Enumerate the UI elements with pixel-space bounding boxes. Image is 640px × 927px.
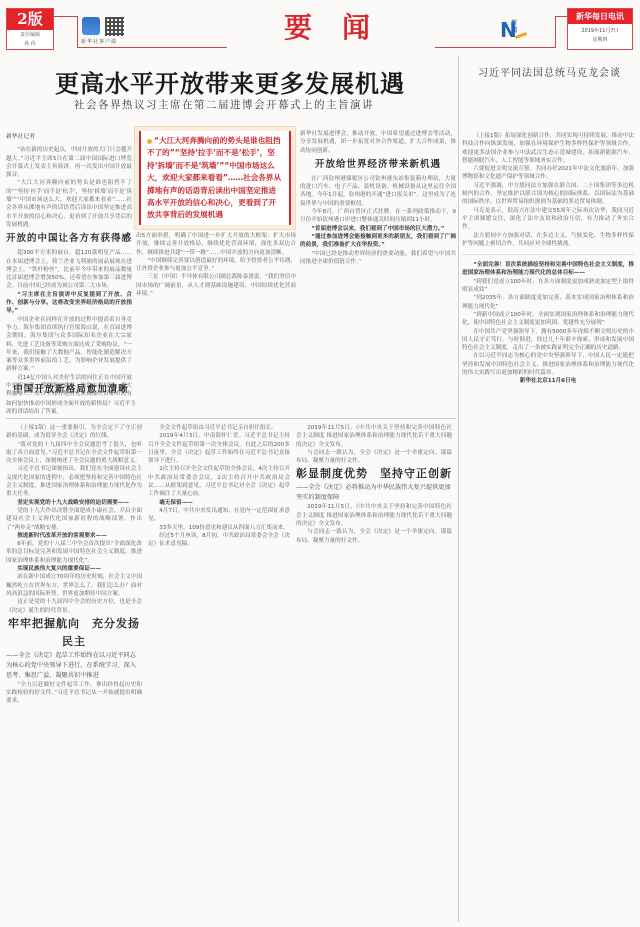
section-heading: 彰显制度优势 坚持守正创新: [296, 465, 452, 483]
paragraph: 在以习近平同志为核心的党中央坚强领导下，中国人民一定能把坚持和发展中国特色社会主…: [462, 352, 634, 377]
article-divider: [462, 254, 634, 255]
paragraph-bold: “通过参加进博会能接触到更多的新朋友，我们看到了广阔的前景，我们准备扩大在华投资…: [300, 233, 456, 250]
paper-date: 2019年11月7日: [568, 27, 632, 36]
paragraph: 2019年4月3日，中南海怀仁堂。习近平总书记主持召开全会文件起草组第一次全体会…: [148, 432, 290, 465]
paragraph: 6年前，党的十八届三中全会首次提出“全面深化改革的总目标是完善和发展中国特色社会…: [6, 540, 142, 565]
subheading: 毫无保留——: [148, 499, 290, 507]
section-subtitle: ——全会《决定》起草工作始终在以习近平同志为核心的党中央领导下进行，在系统学习、…: [6, 651, 142, 681]
paragraph: 三星（中国）半导体有限公司副总裁陈泰浚说，“我们坚信中国市场的广阔前景，从人才到…: [136, 273, 296, 298]
app-label: 新华社客户端: [81, 38, 117, 45]
pull-quote-box: “大江大河奔腾向前的势头是谁也阻挡不了的”“坚持‘拉手’而不是‘松手’，坚持‘拆…: [134, 126, 296, 230]
paragraph: 新华社发展进博会，推动开放，中国希望通过进博会等活动，分享发展机遇，团一步拓宽对…: [300, 130, 456, 155]
paragraph-bold: “习主席在主旨演讲中反复提到了开放、合作、创新与分享。这将改变世界经济格局的开放…: [6, 291, 132, 316]
byline: 新华社记者: [6, 133, 132, 141]
paper-weekday: 星期四: [568, 36, 632, 45]
editor-name: 孙 侠: [7, 40, 53, 49]
paragraph: 2019年11月5日，《中共中央关于坚持和完善中国特色社会主义制度 推进国家治理…: [296, 424, 452, 449]
subheading: 推进新时代改革开放的客观要求——: [6, 532, 142, 540]
right-article-column: （上接1版）拓展深化创新合作，共同实现可持续发展。推动中法科技合作向纵深发展，加…: [462, 132, 634, 920]
paragraph: 今年8月，广西自贸区正式挂牌。在一系列政策推动下，9月份开始钦州港口岸进口整体通…: [300, 208, 456, 225]
column-divider: [458, 56, 459, 922]
section-heading-block: 中国开放新格局愈加清晰 如何加快推动中国形成全面开放的新格局？习近平主席的讲话给…: [6, 380, 296, 416]
paragraph: 超300平方米的展台，超120款明星产品……在本届进博会上，荷兰企业飞利浦的展品…: [6, 249, 132, 290]
subheading: 实现民族伟大复兴的重要保证——: [6, 565, 142, 573]
lower-article-column-1: （上接1版）这一重要指引，为全会定下了守正创新的基调，成为贯穿全会《决定》的红线…: [6, 424, 142, 920]
newspaper-page: 2版 责任编辑 孙 侠 新华社客户端 要闻 N 新闻 新华每日电讯 2019年1…: [0, 0, 640, 927]
qr-code-icon[interactable]: [105, 17, 124, 36]
main-article-column-2: 出5方面举措，明确了中国进一步扩大开放的大框架：扩大市场开放，继续完善开放格局，…: [136, 232, 296, 398]
paragraph: 站在新中国成立70周年的历史时刻，社会主义中国巍然屹立在世界东方。世界怎么了，我…: [6, 573, 142, 598]
paragraph: 4月7日，中共中央发出通知，在党内一定范围征求意见。: [148, 507, 290, 524]
lower-article-column-2: 全会文件起草组由习近平总书记亲自担任组长。 2019年4月3日，中南海怀仁堂。习…: [148, 424, 290, 920]
editor-label: 责任编辑: [7, 31, 53, 40]
main-article-column-1: 新华社记者 “站在新的历史起点，中国开放的大门只会越开越大。”习近平主席5日在第…: [6, 130, 132, 398]
main-article-column-3: 新华社发展进博会，推动开放，中国希望通过进博会等活动，分享发展机遇，团一步拓宽对…: [300, 130, 456, 398]
paragraph: 在中国共产党坚强领导下，拥有5000多年连绵不断文明历史的中国人民守正笃行，与时…: [462, 328, 634, 353]
paragraph: 这正是党的十九届四中全会的历史方位，也是全会《决定》诞生的时代背景。: [6, 598, 142, 615]
news-logo-icon: N 新闻: [500, 18, 530, 42]
paragraph: 经过5个月座谈，8月初，中共政治局常委会全会《决定》征求意见稿。: [148, 532, 290, 549]
subheading: 坚定实现党的十九大战略安排的迫切需要——: [6, 499, 142, 507]
editor-info: 责任编辑 孙 侠: [7, 30, 53, 49]
divider-line: [555, 16, 556, 48]
paragraph: 在广西钦州港保税区公司钦州港东站集装箱办理站，大量的进口汽车、电子产品、装机设备…: [300, 175, 456, 208]
paragraph: 六要促进文明交流互鉴。共同办好2021年中法文化旅游年，加强博物馆和文化遗产保护…: [462, 165, 634, 182]
paragraph: “到2035年，各方面制度更加完善，基本实现国家治理体系和治理能力现代化”: [462, 294, 634, 311]
paragraph: 出5方面举措，明确了中国进一步扩大开放的大框架：扩大市场开放，继续完善开放格局，…: [136, 232, 296, 257]
paragraph: “到新中国成立100年时，全面实现国家治理体系和治理能力现代化，使中国特色社会主…: [462, 311, 634, 328]
divider-line: [77, 16, 78, 48]
paragraph: 33多天里，109份意见和建议从四面八方汇集而来。: [148, 524, 290, 532]
paragraph: “站在新的历史起点，中国开放的大门只会越开越大。”习近平主席5日在第二届中国国际…: [6, 146, 132, 179]
masthead: 2版 责任编辑 孙 侠 新华社客户端 要闻 N 新闻 新华每日电讯 2019年1…: [0, 0, 640, 50]
paragraph: 与会同志一致认为，全会《决定》是一个举旗定向、谋篇布局、凝聚力量的好文件。: [296, 449, 452, 466]
paragraph: 如何加快推动中国形成全面开放的新格局？习近平主席的讲话给出了答案。: [6, 400, 136, 416]
paragraph: 2次主持召开全会文件起草组全体会议，4次主持召开中共政治局常委会会议，2次主持召…: [148, 465, 290, 498]
paragraph: 与会同志一致认为，全会《决定》是一个举旗定向、谋篇布局、凝聚力量的好文件。: [296, 528, 452, 545]
article-divider: [6, 418, 456, 419]
paper-name: 新华每日电讯: [568, 9, 632, 24]
section-title: 要闻: [284, 6, 400, 46]
edition-number: 2版: [7, 9, 53, 30]
lower-article-column-3: 2019年11月5日，《中共中央关于坚持和完善中国特色社会主义制度 推进国家治理…: [296, 424, 452, 920]
paragraph: 2019年11月5日，《中共中央关于坚持和完善中国特色社会主义制度 推进国家治理…: [296, 503, 452, 528]
pull-quote: “大江大河奔腾向前的势头是谁也阻挡不了的”“坚持‘拉手’而不是‘松手’，坚持‘拆…: [139, 131, 291, 225]
paragraph: “中国已经是推动世界经济的重要动能。我们希望与中国共同推进全球价值链合作。”: [300, 250, 456, 267]
paragraph: “全力以赴做好文件起草工作，拿出经得起历史和实践检验的好文件。”习近平总书记从一…: [6, 681, 142, 706]
paragraph: 中国企业在同样在开放的过程中提高着自身竞争力。海尔集团首席执行官梁海山说，在首届…: [6, 316, 132, 374]
dateline-signature: 新华社北京11月6日电: [462, 377, 634, 385]
xinhua-app-icon[interactable]: [82, 17, 100, 35]
pull-quote-text: “大江大河奔腾向前的势头是谁也阻挡不了的”“坚持‘拉手’而不是‘松手’，坚持‘拆…: [147, 136, 281, 219]
section-heading: 牢牢把握航向 充分发扬民主: [6, 615, 142, 651]
paragraph: 党的十九大作出决胜全面建成小康社会、开启全面建设社会主义现代化国家新征程的战略部…: [6, 507, 142, 532]
paragraph: 法方愿同中方加强对话，在多边主义、气候变化、生物多样性保护等问题上密切合作，共同…: [462, 232, 634, 249]
bullet-dot-icon: [147, 139, 152, 144]
section-subtitle: ——全会《决定》必将推动为中华民族伟大复兴提供更加坚实的制度保障: [296, 483, 452, 503]
paragraph: “大江大河奔腾向前的势头是谁也阻挡不了的”“坚持‘拉手’而不是‘松手’，坚持‘拆…: [6, 179, 132, 229]
right-article-title: 习近平同法国总统马克龙会谈: [478, 64, 621, 79]
divider-line: [435, 47, 555, 48]
section-heading: 开放的中国让各方有获得感: [6, 229, 132, 249]
main-headline: 更高水平开放带来更多发展机遇: [55, 64, 405, 99]
paragraph: “中国继续完善要以创造最好的环境，给予投资者公平待遇，让外资企业参与更加公平竞争…: [136, 257, 296, 274]
section-heading: 开放给世界经济带来新机遇: [300, 155, 456, 175]
section-heading: 中国开放新格局愈加清晰: [6, 380, 136, 400]
paragraph: 习近平强调，中方愿同法方加强在联合国、二十国集团等多边机制内的合作，坚定维护以联…: [462, 182, 634, 207]
paragraph: “到我们党成立100年时，在各方面制度更加成熟更加定型上取得明显成效”: [462, 278, 634, 295]
paragraph: （上接1版）拓展深化创新合作，共同实现可持续发展。推动中法科技合作向纵深发展，加…: [462, 132, 634, 165]
paragraph-bold: “全面完善！首次系统描绘坚持和完善中国特色社会主义制度，推进国家治理体系和治理能…: [462, 261, 634, 278]
divider-line: [555, 16, 567, 17]
paragraph: 马克龙表示，很高兴在法中建交55周年之际再次访华，我同习近平主席频繁交往，深化了…: [462, 207, 634, 232]
divider-line: [77, 47, 227, 48]
paper-date-info: 2019年11月7日 星期四: [568, 24, 632, 45]
divider-line: [54, 16, 78, 17]
paper-info-box: 新华每日电讯 2019年11月7日 星期四: [567, 8, 633, 50]
paragraph: 习近平总书记深刻指出，我们党在全面建设社会主义现代化国家的进程中，必须把坚持和完…: [6, 465, 142, 498]
news-logo-mark-icon: 新闻: [511, 20, 517, 34]
paragraph: 全会文件起草组由习近平总书记亲自担任组长。: [148, 424, 290, 432]
paragraph-bold: “首届进博会以来，我们看到了中国市场的巨大潜力。”: [300, 225, 456, 233]
edition-box: 2版 责任编辑 孙 侠: [6, 8, 54, 50]
paragraph: “我对党的十九届四中全会议题思考了很久，也听取了各方面意见。”习近平总书记在全会…: [6, 441, 142, 466]
main-subhead: 社会各界热议习主席在第二届进博会开幕式上的主旨演讲: [74, 97, 374, 112]
paragraph: （上接1版）这一重要指引，为全会定下了守正创新的基调，成为贯穿全会《决定》的红线…: [6, 424, 142, 441]
